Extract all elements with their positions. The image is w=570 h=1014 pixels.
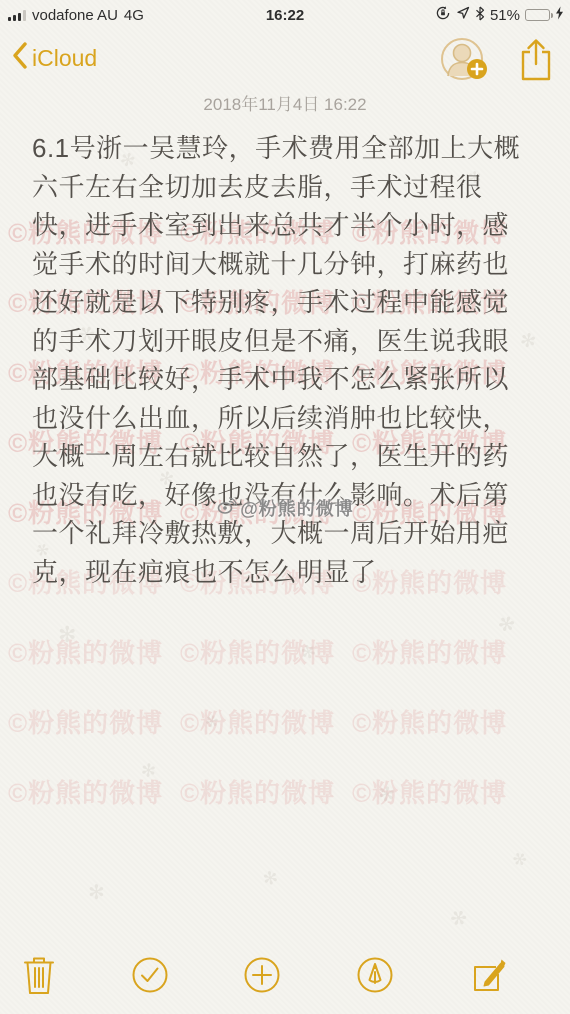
weibo-logo-icon bbox=[216, 495, 237, 521]
chevron-left-icon bbox=[12, 42, 27, 75]
sparkle-texture-mark: ✻ bbox=[58, 622, 76, 648]
center-watermark-text: @粉熊的微博 bbox=[240, 495, 354, 521]
battery-percent-label: 51% bbox=[490, 7, 520, 24]
sparkle-texture-mark: ✻ bbox=[376, 781, 397, 809]
share-icon bbox=[518, 71, 554, 86]
back-button[interactable]: iCloud bbox=[12, 42, 97, 75]
battery-icon bbox=[525, 9, 550, 21]
note-text-line: 快，进手术室到出来总共才半个小时，感 bbox=[32, 206, 542, 245]
add-person-icon bbox=[440, 72, 490, 87]
sparkle-texture-mark: ✻ bbox=[295, 640, 321, 666]
note-text-line: 觉手术的时间大概就十几分钟，打麻药也 bbox=[32, 245, 542, 284]
nav-bar: iCloud bbox=[0, 34, 570, 86]
sparkle-texture-mark: ✻ bbox=[508, 848, 531, 873]
trash-icon bbox=[22, 954, 56, 996]
status-bar: vodafone AU 4G 16:22 51% bbox=[0, 0, 570, 30]
share-button[interactable] bbox=[518, 37, 554, 86]
compose-button[interactable] bbox=[468, 955, 508, 995]
note-text-line: 还好就是以下特别疼，手术过程中能感觉 bbox=[32, 283, 542, 322]
orientation-lock-icon bbox=[435, 5, 451, 25]
charging-bolt-icon bbox=[555, 6, 564, 24]
compose-icon bbox=[468, 955, 508, 995]
sparkle-texture-mark: ✻ bbox=[494, 610, 518, 639]
bluetooth-icon bbox=[475, 6, 485, 25]
note-text-line: 也没什么出血，所以后续消肿也比较快， bbox=[32, 399, 542, 438]
bottom-toolbar bbox=[0, 944, 570, 1014]
note-text-line: 克，现在疤痕也不怎么明显了 bbox=[32, 553, 542, 592]
center-watermark: @粉熊的微博 bbox=[0, 495, 570, 521]
note-text-line: 6.1号浙一吴慧玲，手术费用全部加上大概 bbox=[32, 129, 542, 168]
checklist-button[interactable] bbox=[131, 956, 169, 994]
add-button[interactable] bbox=[243, 956, 281, 994]
note-date: 2018年11月4日 16:22 bbox=[0, 90, 570, 115]
sparkle-texture-mark: ✻ bbox=[446, 904, 472, 934]
sparkle-texture-mark: ✻ bbox=[203, 711, 221, 734]
sparkle-texture-mark: ✻ bbox=[257, 866, 283, 891]
delete-note-button[interactable] bbox=[22, 954, 56, 996]
note-body[interactable]: 6.1号浙一吴慧玲，手术费用全部加上大概 六千左右全切加去皮去脂，手术过程很 快… bbox=[0, 129, 570, 591]
markup-button[interactable] bbox=[356, 956, 394, 994]
note-text-line: 大概一周左右就比较自然了，医生开的药 bbox=[32, 437, 542, 476]
plus-circle-icon bbox=[243, 956, 281, 994]
sparkle-texture-mark: ✻ bbox=[88, 880, 105, 905]
add-person-button[interactable] bbox=[440, 36, 490, 87]
back-label: iCloud bbox=[32, 45, 97, 72]
markup-pen-icon bbox=[356, 956, 394, 994]
check-circle-icon bbox=[131, 956, 169, 994]
location-arrow-icon bbox=[456, 6, 470, 24]
note-text-line: 部基础比较好，手术中我不怎么紧张所以 bbox=[32, 360, 542, 399]
note-text-line: 六千左右全切加去皮去脂，手术过程很 bbox=[32, 168, 542, 207]
notes-app-screen: ✻✻✻✻✻✻✻✻✻✻✻✻✻✻✻✻✻✻✻ ©粉熊的微博©粉熊的微博©粉熊的微博©粉… bbox=[0, 0, 570, 1014]
sparkle-texture-mark: ✻ bbox=[135, 759, 160, 782]
note-text-line: 的手术刀划开眼皮但是不痛，医生说我眼 bbox=[32, 322, 542, 361]
